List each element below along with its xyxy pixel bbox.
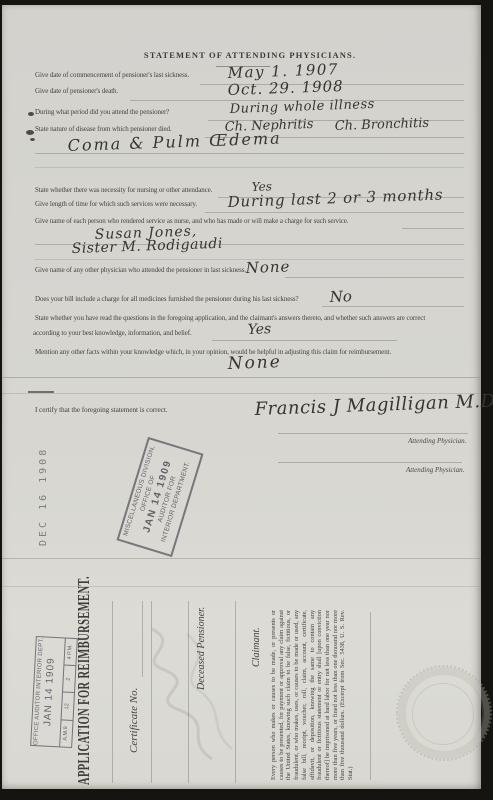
ink-smudge	[28, 112, 34, 116]
answer-9-handwriting: No	[329, 287, 352, 306]
question-6-label: Give length of time for which such servi…	[35, 200, 197, 208]
embossed-seal-inner-ring	[412, 683, 474, 745]
question-2-label: Give date of pensioner's death.	[35, 87, 118, 95]
question-3-label: During what period did you attend the pe…	[35, 108, 169, 116]
margin-dash	[28, 391, 54, 393]
certification-statement: I certify that the foregoing statement i…	[35, 405, 167, 414]
auditor-stamp-cell: 4 P.M.	[64, 639, 76, 667]
answer-9-rule	[322, 306, 464, 307]
answer-8-rule	[285, 277, 464, 278]
fold-crease	[2, 586, 481, 587]
blank-rule-1	[35, 167, 464, 168]
question-10-label-2: according to your best knowledge, inform…	[33, 329, 192, 337]
question-11-label: Mention any other facts within your know…	[35, 348, 391, 356]
received-date-stamp: DEC 16 1908	[38, 428, 54, 546]
back-page-title: APPLICATION FOR REIMBURSEMENT.	[76, 601, 94, 785]
back-rule	[370, 612, 371, 780]
answer-4-rule-2	[35, 153, 464, 154]
question-4-label: State nature of disease from which pensi…	[35, 125, 172, 133]
embossed-seal	[396, 665, 492, 761]
answer-11-handwriting: None	[227, 352, 282, 374]
question-5-label: State whether there was necessity for nu…	[35, 186, 212, 194]
ink-smudge	[30, 138, 35, 141]
question-8-label: Give name of any other physician who att…	[35, 266, 246, 274]
back-page-section: OFFICE AUDITOR INTERIOR DEPT. JAN 14 190…	[2, 590, 481, 789]
question-1-label: Give date of commencement of pensioner's…	[35, 71, 189, 79]
back-rule	[112, 601, 113, 783]
claimant-label: Claimant.	[251, 627, 262, 667]
signature-rule-2	[278, 462, 462, 463]
auditor-stamp-cell: 12	[62, 693, 74, 721]
question-10-label: State whether you have read the question…	[35, 314, 425, 322]
ink-smudge	[26, 130, 34, 135]
office-auditor-stamp: OFFICE AUDITOR INTERIOR DEPT. JAN 14 190…	[30, 636, 78, 748]
scanned-document-page: STATEMENT OF ATTENDING PHYSICIANS. Give …	[0, 0, 493, 800]
question-9-label: Does your bill include a charge for all …	[35, 295, 298, 303]
answer-10-rule	[212, 340, 397, 341]
attending-physician-label-2: Attending Physician.	[406, 466, 464, 474]
legal-notice-text: Every person who makes or causes to be m…	[270, 610, 355, 780]
back-page-rotated-content: OFFICE AUDITOR INTERIOR DEPT. JAN 14 190…	[2, 590, 481, 789]
answer-6-rule	[205, 212, 464, 213]
form-title: STATEMENT OF ATTENDING PHYSICIANS.	[120, 50, 380, 60]
section-rule	[2, 377, 481, 378]
auditor-stamp-cell: 2	[63, 666, 75, 694]
attending-physician-label-1: Attending Physician.	[408, 437, 466, 445]
fold-crease	[2, 558, 481, 559]
answer-8-handwriting: None	[245, 257, 290, 277]
auditor-stamp-cell: A.M.9	[60, 720, 72, 747]
answer-10-handwriting: Yes	[247, 321, 271, 338]
signature-rule-1	[278, 433, 468, 434]
ink-showthrough	[122, 619, 242, 769]
answer-7-rule	[402, 228, 464, 229]
